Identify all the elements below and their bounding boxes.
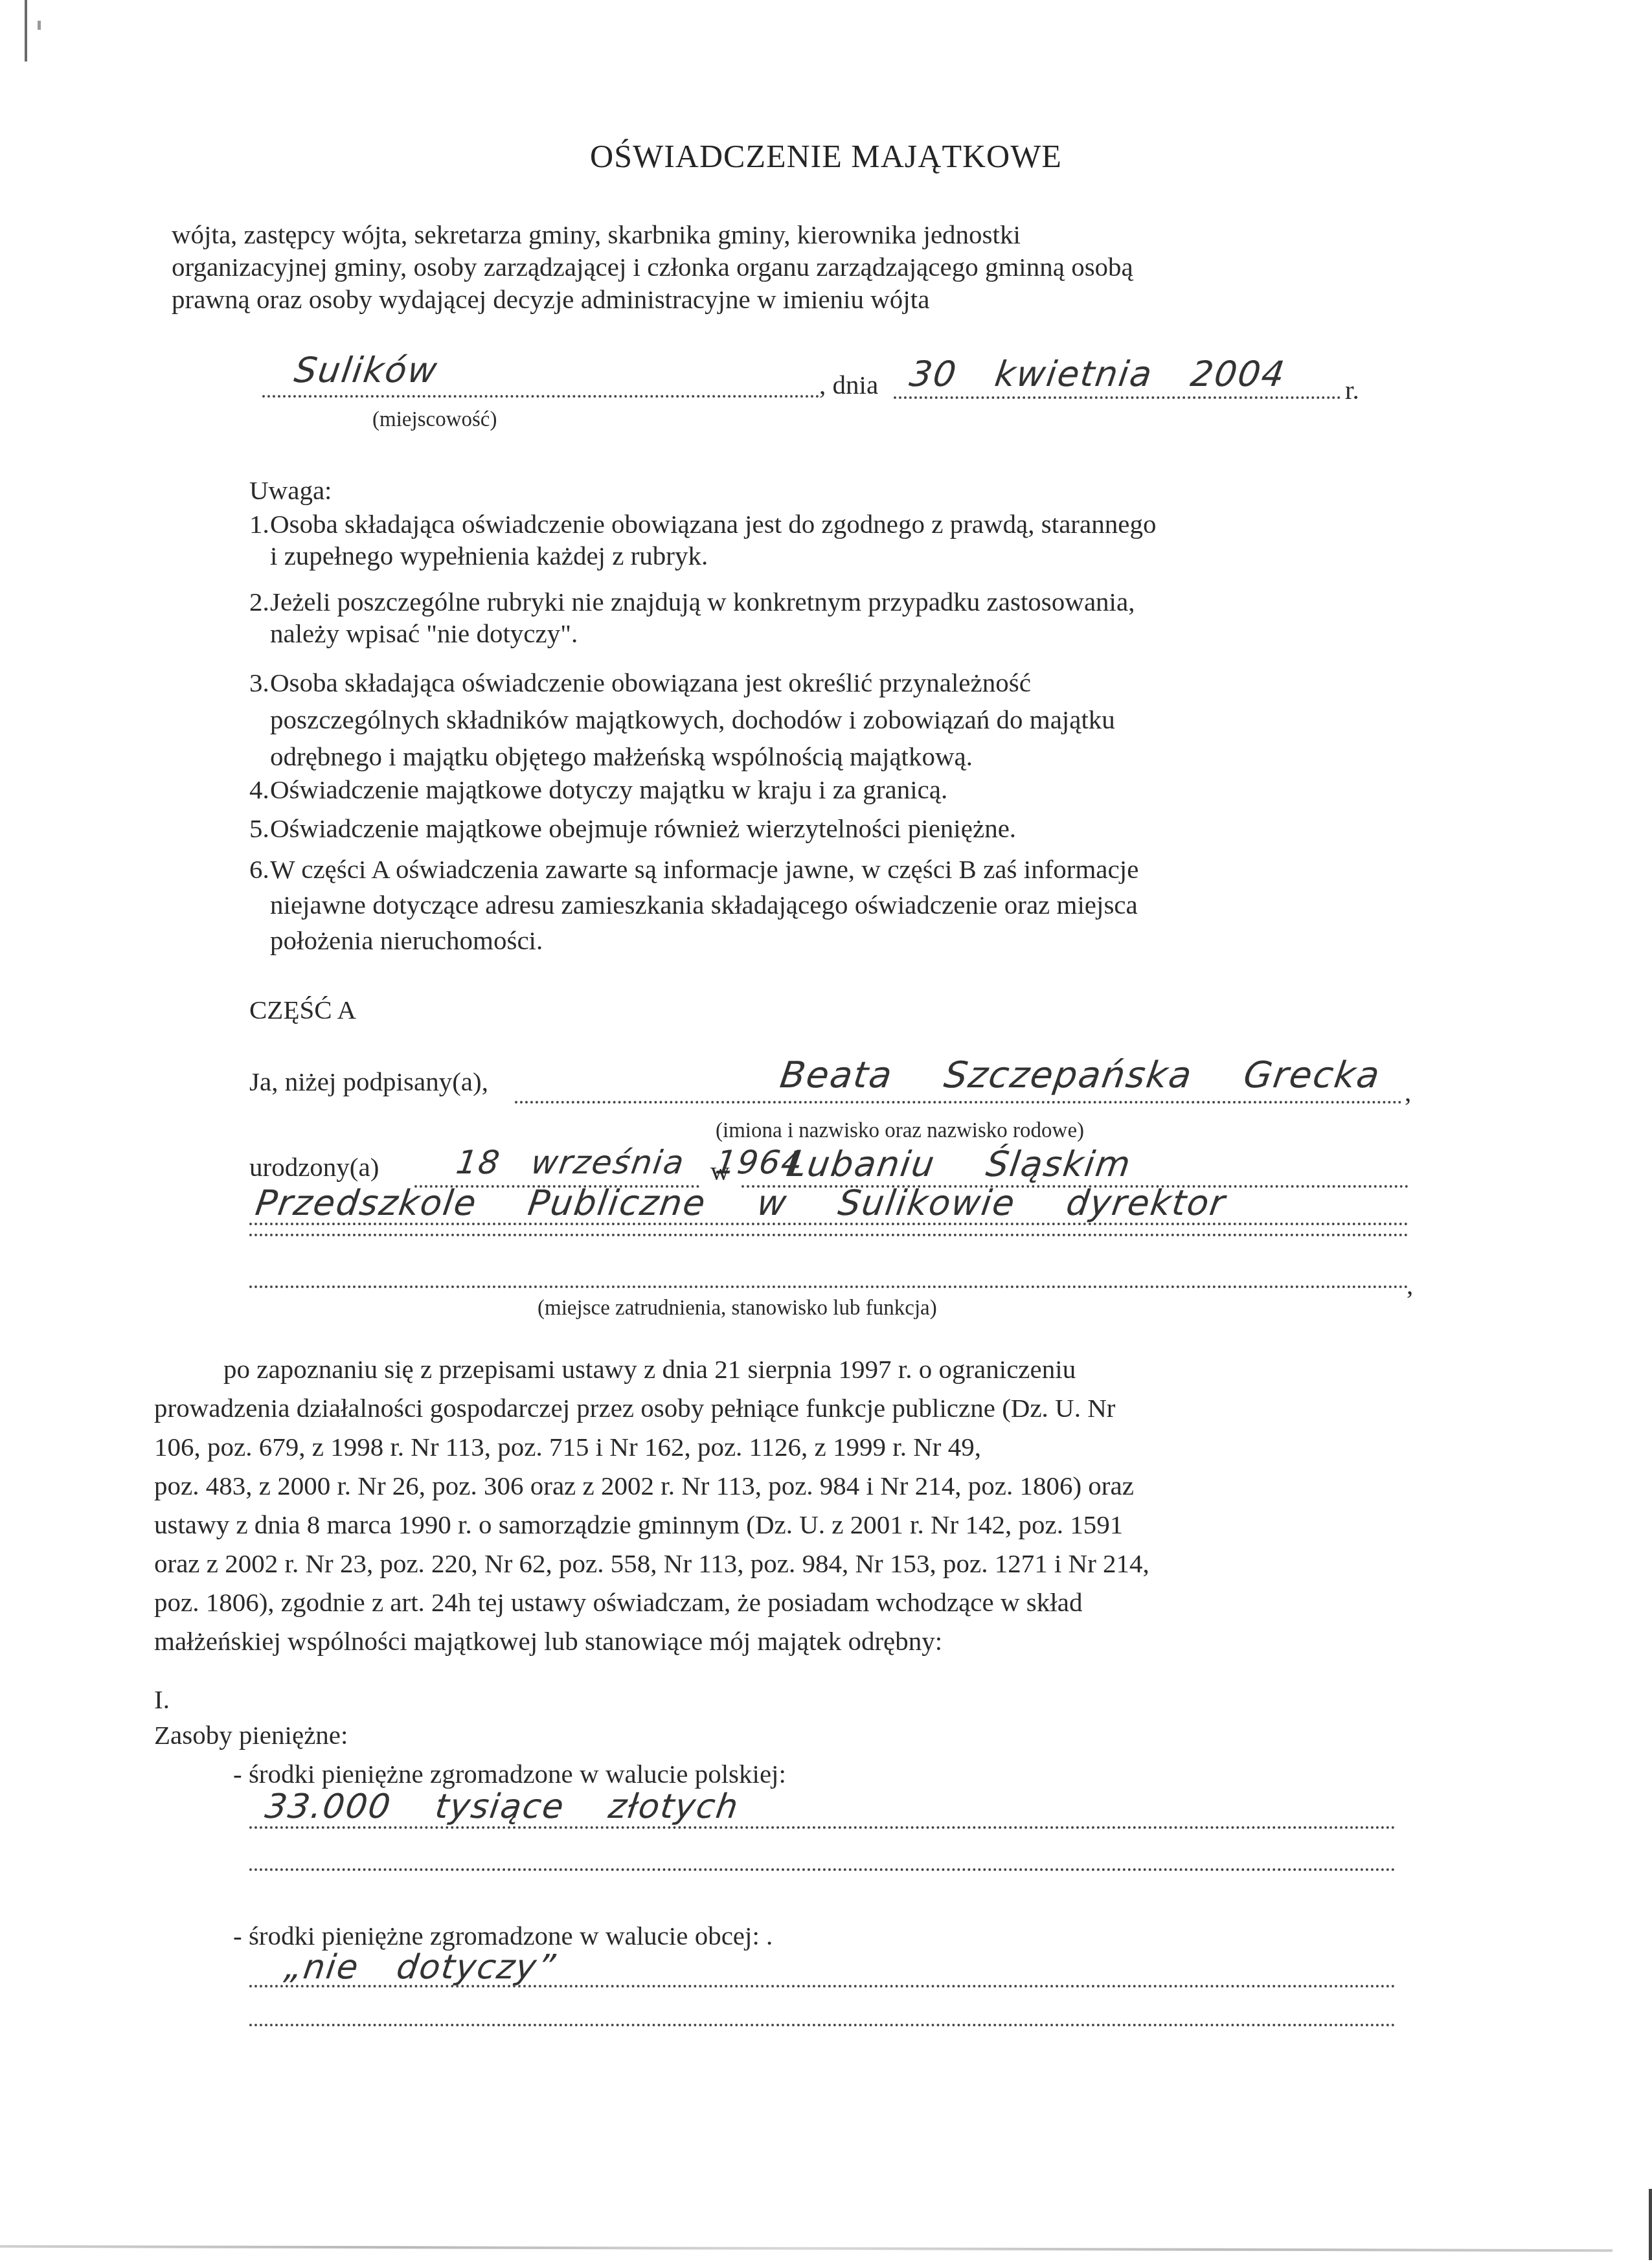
note-text: niejawne dotyczące adresu zamieszkania s… <box>249 889 1138 921</box>
note-text: poszczególnych składników majątkowych, d… <box>249 704 1115 736</box>
section-heading: Zasoby pieniężne: <box>154 1719 348 1751</box>
employment-hint: (miejsce zatrudnienia, stanowisko lub fu… <box>537 1296 937 1320</box>
note-item-3: 3.Osoba składająca oświadczenie obowiąza… <box>249 667 1115 773</box>
pln-field-line-2 <box>249 1868 1396 1871</box>
note-text: Osoba składająca oświadczenie obowiązana… <box>270 668 1031 697</box>
note-item-1: 1.Osoba składająca oświadczenie obowiąza… <box>249 508 1156 572</box>
place-field-line <box>262 395 819 398</box>
note-number: 5. <box>249 813 270 844</box>
pln-field-line <box>249 1826 1396 1829</box>
legal-text-line: poz. 1806), zgodnie z art. 24h tej ustaw… <box>154 1587 1082 1618</box>
date-prefix: , dnia <box>819 369 878 401</box>
employment-field-line-3 <box>249 1285 1409 1288</box>
foreign-label: - środki pieniężne zgromadzone w walucie… <box>233 1920 773 1952</box>
note-text: położenia nieruchomości. <box>249 925 1138 957</box>
pln-field[interactable]: 33.000 tysiące złotych <box>263 1787 741 1826</box>
legal-text-line: małżeńskiej wspólności majątkowej lub st… <box>154 1625 942 1657</box>
born-label: urodzony(a) <box>249 1151 379 1183</box>
legal-text-line: oraz z 2002 r. Nr 23, poz. 220, Nr 62, p… <box>154 1548 1149 1579</box>
legal-text-line: po zapoznaniu się z przepisami ustawy z … <box>223 1353 1076 1385</box>
employment-field[interactable]: Przedszkole Publiczne w Sulikowie dyrekt… <box>253 1183 1228 1223</box>
note-text: należy wpisać "nie dotyczy". <box>249 618 1135 650</box>
note-text: Oświadczenie majątkowe obejmuje również … <box>270 813 1016 843</box>
note-text: i zupełnego wypełnienia każdej z rubryk. <box>249 540 1156 572</box>
undersigned-hint: (imiona i nazwisko oraz nazwisko rodowe) <box>716 1119 1084 1143</box>
note-number: 3. <box>249 667 270 699</box>
date-suffix: r. <box>1345 374 1359 406</box>
date-field[interactable]: 30 kwietnia 2004 <box>907 354 1288 394</box>
document-title: OŚWIADCZENIE MAJĄTKOWE <box>0 137 1652 175</box>
date-field-line <box>894 396 1341 399</box>
place-label: (miejscowość) <box>372 408 497 432</box>
legal-text-line: ustawy z dnia 8 marca 1990 r. o samorząd… <box>154 1509 1123 1541</box>
note-number: 1. <box>249 508 270 540</box>
comma: , <box>1407 1269 1413 1301</box>
note-text: odrębnego i majątku objętego małżeńską w… <box>249 741 1115 773</box>
subtitle-line: prawną oraz osoby wydającej decyzje admi… <box>172 284 929 315</box>
undersigned-row: Ja, niżej podpisany(a), Beata Szczepańsk… <box>249 1062 1415 1107</box>
note-text: W części A oświadczenia zawarte są infor… <box>270 854 1138 884</box>
note-text: Jeżeli poszczególne rubryki nie znajdują… <box>270 587 1135 617</box>
legal-text-line: 106, poz. 679, z 1998 r. Nr 113, poz. 71… <box>154 1431 981 1463</box>
section-numeral: I. <box>154 1684 170 1715</box>
comma: , <box>1405 1076 1411 1108</box>
foreign-field[interactable]: „nie dotyczy” <box>282 1948 559 1987</box>
employment-row: Przedszkole Publiczne w Sulikowie dyrekt… <box>249 1192 1415 1230</box>
note-number: 6. <box>249 854 270 885</box>
notes-heading: Uwaga: <box>249 475 332 506</box>
subtitle-line: wójta, zastępcy wójta, sekretarza gminy,… <box>172 219 1021 251</box>
scan-bottom-edge <box>0 2245 1612 2252</box>
undersigned-field-line <box>515 1101 1402 1104</box>
place-date-row: Sulików , dnia 30 kwietnia 2004 r. <box>262 350 1363 408</box>
legal-text-line: prowadzenia działalności gospodarczej pr… <box>154 1392 1115 1424</box>
legal-text-line: poz. 483, z 2000 r. Nr 26, poz. 306 oraz… <box>154 1470 1134 1502</box>
born-date-field[interactable]: 18 września 1964 <box>454 1144 806 1181</box>
note-number: 4. <box>249 774 270 806</box>
pln-label: - środki pieniężne zgromadzone w walucie… <box>233 1758 786 1790</box>
subtitle-line: organizacyjnej gminy, osoby zarządzające… <box>172 251 1133 283</box>
note-item-4: 4.Oświadczenie majątkowe dotyczy majątku… <box>249 774 947 806</box>
undersigned-field[interactable]: Beata Szczepańska Grecka <box>777 1054 1383 1096</box>
note-text: Oświadczenie majątkowe dotyczy majątku w… <box>270 775 947 804</box>
born-place-field[interactable]: Lubaniu Śląskim <box>784 1144 1135 1184</box>
employment-field-line-2 <box>249 1234 1409 1236</box>
scan-edge-mark <box>1649 2189 1652 2260</box>
note-item-2: 2.Jeżeli poszczególne rubryki nie znajdu… <box>249 586 1135 650</box>
scan-edge-mark <box>38 21 41 30</box>
note-item-5: 5.Oświadczenie majątkowe obejmuje równie… <box>249 813 1016 844</box>
note-number: 2. <box>249 586 270 618</box>
part-a-heading: CZĘŚĆ A <box>249 994 356 1026</box>
scan-edge-mark <box>25 0 27 62</box>
undersigned-label: Ja, niżej podpisany(a), <box>249 1066 488 1098</box>
foreign-field-line-2 <box>249 2024 1396 2026</box>
note-item-6: 6.W części A oświadczenia zawarte są inf… <box>249 854 1138 957</box>
note-text: Osoba składająca oświadczenie obowiązana… <box>270 509 1156 539</box>
place-field[interactable]: Sulików <box>292 350 441 391</box>
